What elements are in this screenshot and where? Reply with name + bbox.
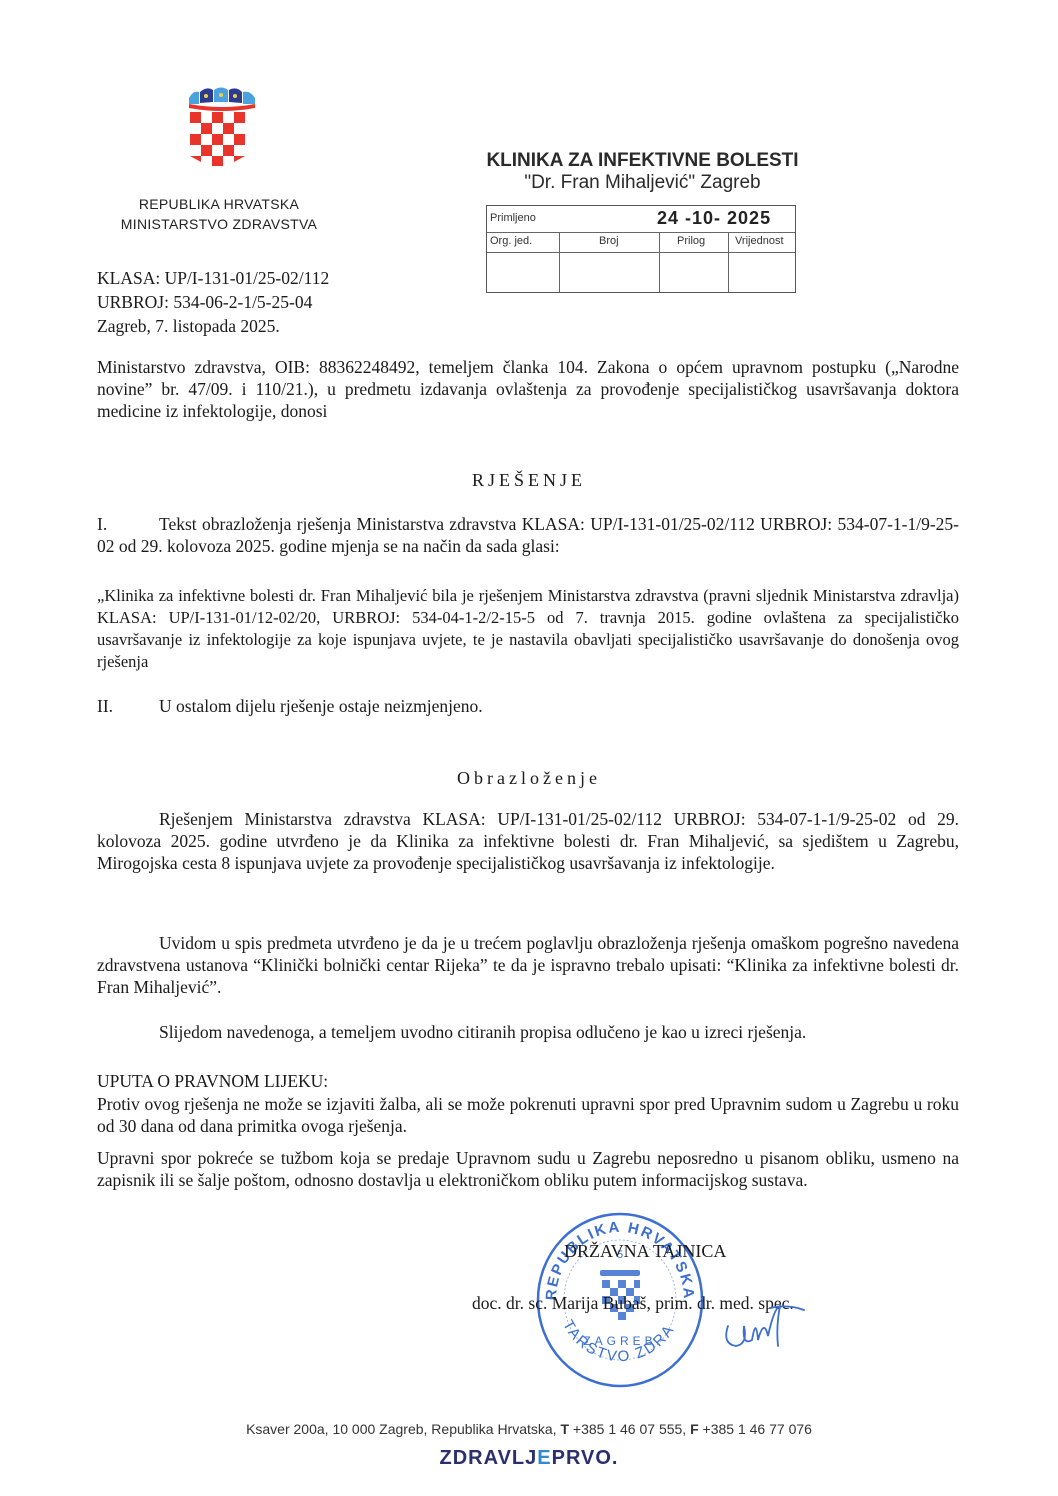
legal-remedy-paragraph-1: Protiv ovog rješenja ne može se izjaviti… bbox=[97, 1093, 959, 1137]
phone-label: T bbox=[560, 1421, 569, 1437]
country-name: REPUBLIKA HRVATSKA bbox=[104, 196, 334, 212]
reception-stamp-title: KLINIKA ZA INFEKTIVNE BOLESTI "Dr. Fran … bbox=[470, 150, 815, 194]
legal-remedy-paragraph-2: Upravni spor pokreće se tužbom koja se p… bbox=[97, 1147, 959, 1191]
col-value: Vrijednost bbox=[735, 235, 784, 247]
svg-text:ZAGREB: ZAGREB bbox=[583, 1334, 656, 1348]
item-1-text: Tekst obrazloženja rješenja Ministarstva… bbox=[97, 513, 959, 557]
ministry-name: MINISTARSTVO ZDRAVSTVA bbox=[104, 216, 334, 232]
received-date: 24 -10- 2025 bbox=[657, 208, 771, 229]
reception-stamp-table: Primljeno 24 -10- 2025 Org. jed. Broj Pr… bbox=[486, 205, 796, 293]
intro-paragraph: Ministarstvo zdravstva, OIB: 88362248492… bbox=[97, 356, 959, 422]
item-2-text: U ostalom dijelu rješenje ostaje neizmje… bbox=[159, 695, 483, 717]
fax-number: +385 1 46 77 076 bbox=[703, 1421, 812, 1437]
col-org-unit: Org. jed. bbox=[490, 235, 532, 247]
handwritten-signature-icon bbox=[718, 1296, 808, 1356]
stamp-institution-sub: "Dr. Fran Mihaljević" Zagreb bbox=[470, 172, 815, 194]
footer-address: Ksaver 200a, 10 000 Zagreb, Republika Hr… bbox=[0, 1421, 1058, 1437]
col-attachment: Prilog bbox=[677, 235, 705, 247]
address-text: Ksaver 200a, 10 000 Zagreb, Republika Hr… bbox=[246, 1421, 557, 1437]
brand-part-2: PRVO. bbox=[552, 1447, 619, 1469]
croatian-coat-of-arms-icon bbox=[183, 86, 263, 186]
signatory-title: DRŽAVNA TAJNICA bbox=[564, 1241, 726, 1262]
klasa: KLASA: UP/I-131-01/25-02/112 bbox=[97, 266, 329, 290]
fax-label: F bbox=[690, 1421, 699, 1437]
reasoning-paragraph-3: Slijedom navedenoga, a temeljem uvodno c… bbox=[97, 1021, 959, 1043]
stamp-institution: KLINIKA ZA INFEKTIVNE BOLESTI bbox=[470, 150, 815, 172]
decision-heading: RJEŠENJE bbox=[0, 470, 1058, 491]
reasoning-paragraph-2: Uvidom u spis predmeta utvrđeno je da je… bbox=[97, 932, 959, 998]
reasoning-paragraph-1: Rješenjem Ministarstva zdravstva KLASA: … bbox=[97, 808, 959, 874]
urbroj: URBROJ: 534-06-2-1/5-25-04 bbox=[97, 290, 312, 314]
brand-logo: ZDRAVLJEPRVO. bbox=[0, 1447, 1058, 1470]
phone-number: +385 1 46 07 555, bbox=[573, 1421, 686, 1437]
col-number: Broj bbox=[599, 235, 619, 247]
item-2-number: II. bbox=[97, 695, 113, 717]
amended-text-quote: „Klinika za infektivne bolesti dr. Fran … bbox=[97, 585, 959, 673]
reasoning-heading: Obrazloženje bbox=[0, 768, 1058, 789]
received-label: Primljeno bbox=[490, 212, 536, 224]
place-date: Zagreb, 7. listopada 2025. bbox=[97, 314, 280, 338]
legal-remedy-heading: UPUTA O PRAVNOM LIJEKU: bbox=[97, 1070, 328, 1092]
brand-part-1: ZDRAVLJ bbox=[440, 1447, 538, 1469]
brand-accent: E bbox=[537, 1447, 551, 1469]
